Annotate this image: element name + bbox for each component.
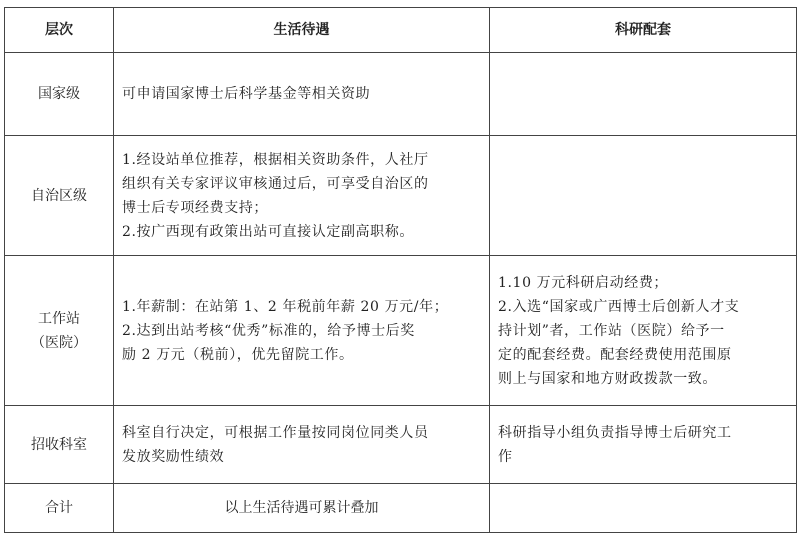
research-text: 1.10 万元科研启动经费；: [498, 271, 788, 295]
living-text: 发放奖励性绩效: [122, 445, 481, 469]
research-text: 科研指导小组负责指导博士后研究工: [498, 421, 788, 445]
level-label: 合计: [13, 496, 105, 520]
research-text: 持计划”者，工作站（医院）给予一: [498, 319, 788, 343]
level-label: （医院）: [13, 331, 105, 355]
living-cell: 1.年薪制：在站第 1、2 年税前年薪 20 万元/年； 2.达到出站考核“优秀…: [114, 256, 490, 406]
living-text: 博士后专项经费支持；: [122, 196, 481, 220]
header-research: 科研配套: [490, 8, 797, 53]
living-text: 1.经设站单位推荐，根据相关资助条件，人社厅: [122, 148, 481, 172]
living-text: 2.按广西现有政策出站可直接认定副高职称。: [122, 220, 481, 244]
research-text: 作: [498, 445, 788, 469]
header-level: 层次: [5, 8, 114, 53]
level-cell: 工作站 （医院）: [5, 256, 114, 406]
level-label: 国家级: [13, 82, 105, 106]
header-living: 生活待遇: [114, 8, 490, 53]
living-text: 组织有关专家评议审核通过后，可享受自治区的: [122, 172, 481, 196]
living-cell: 科室自行决定，可根据工作量按同岗位同类人员 发放奖励性绩效: [114, 406, 490, 484]
research-cell: 科研指导小组负责指导博士后研究工 作: [490, 406, 797, 484]
research-text: 则上与国家和地方财政拨款一致。: [498, 367, 788, 391]
level-cell: 招收科室: [5, 406, 114, 484]
level-label: 工作站: [13, 307, 105, 331]
table-row-national: 国家级 可申请国家博士后科学基金等相关资助: [5, 53, 797, 136]
level-cell: 国家级: [5, 53, 114, 136]
living-text: 2.达到出站考核“优秀”标准的，给予博士后奖: [122, 319, 481, 343]
table-row-autonomous-region: 自治区级 1.经设站单位推荐，根据相关资助条件，人社厅 组织有关专家评议审核通过…: [5, 136, 797, 256]
research-cell-empty: [490, 53, 797, 136]
postdoc-benefits-table: 层次 生活待遇 科研配套 国家级 可申请国家博士后科学基金等相关资助 自治区级 …: [4, 7, 797, 533]
living-cell: 1.经设站单位推荐，根据相关资助条件，人社厅 组织有关专家评议审核通过后，可享受…: [114, 136, 490, 256]
living-text: 科室自行决定，可根据工作量按同岗位同类人员: [122, 421, 481, 445]
table-row-workstation: 工作站 （医院） 1.年薪制：在站第 1、2 年税前年薪 20 万元/年； 2.…: [5, 256, 797, 406]
living-cell: 以上生活待遇可累计叠加: [114, 484, 490, 533]
living-text: 1.年薪制：在站第 1、2 年税前年薪 20 万元/年；: [122, 295, 481, 319]
level-label: 招收科室: [13, 433, 105, 457]
table-row-total: 合计 以上生活待遇可累计叠加: [5, 484, 797, 533]
living-text: 以上生活待遇可累计叠加: [122, 496, 481, 520]
level-label: 自治区级: [13, 184, 105, 208]
research-cell-empty: [490, 136, 797, 256]
research-text: 定的配套经费。配套经费使用范围原: [498, 343, 788, 367]
research-cell: 1.10 万元科研启动经费； 2.入选“国家或广西博士后创新人才支 持计划”者，…: [490, 256, 797, 406]
level-cell: 合计: [5, 484, 114, 533]
header-row: 层次 生活待遇 科研配套: [5, 8, 797, 53]
living-cell: 可申请国家博士后科学基金等相关资助: [114, 53, 490, 136]
research-cell-empty: [490, 484, 797, 533]
level-cell: 自治区级: [5, 136, 114, 256]
living-text: 励 2 万元（税前），优先留院工作。: [122, 343, 481, 367]
table-row-recruiting-dept: 招收科室 科室自行决定，可根据工作量按同岗位同类人员 发放奖励性绩效 科研指导小…: [5, 406, 797, 484]
research-text: 2.入选“国家或广西博士后创新人才支: [498, 295, 788, 319]
living-text: 可申请国家博士后科学基金等相关资助: [122, 82, 481, 106]
